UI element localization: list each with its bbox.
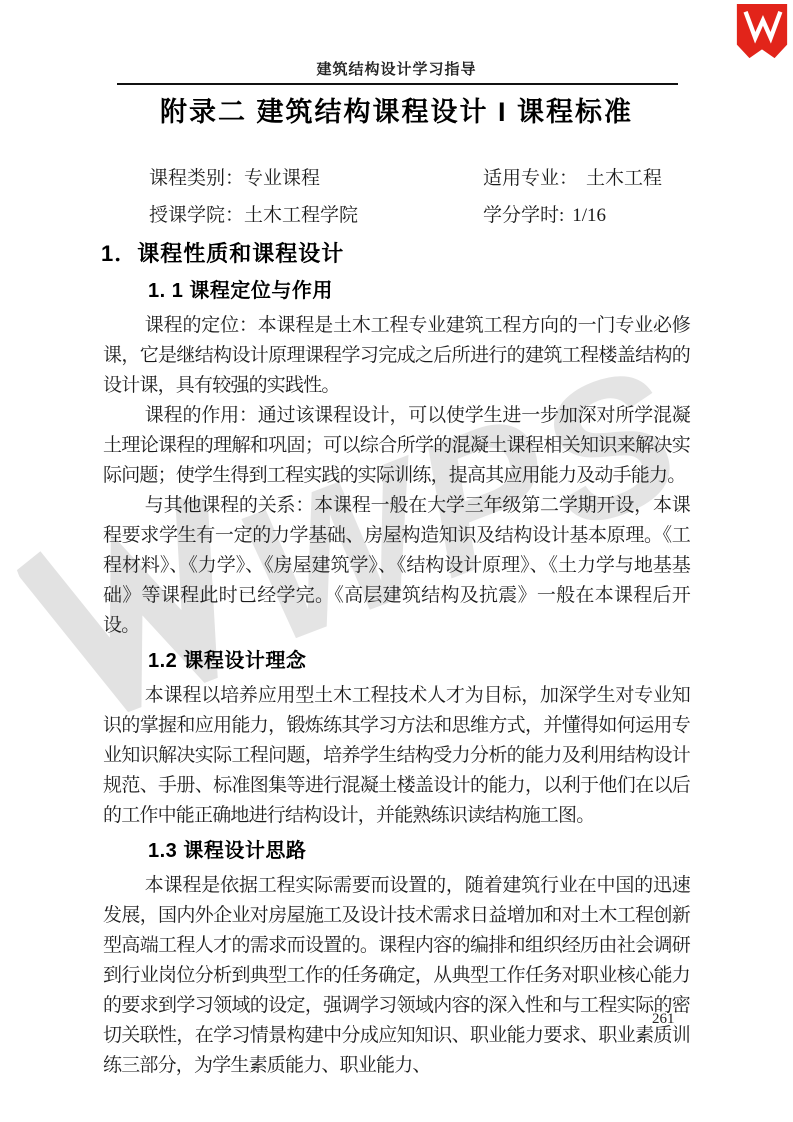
wps-logo-icon [733, 2, 791, 62]
applicable-major-value: 土木工程 [586, 168, 662, 189]
applicable-major-label: 适用专业： [483, 168, 578, 189]
paragraph: 课程的定位：本课程是土木工程专业建筑工程方向的一门专业必修课，它是继结构设计原理… [103, 311, 690, 401]
credit-hours-label: 学分学时: [483, 205, 564, 226]
section-heading-1: 1．课程性质和课程设计 [101, 240, 690, 268]
course-category-value: 专业课程 [244, 168, 320, 189]
content-area: 课程类别：专业课程 适用专业：土木工程 授课学院：土木工程学院 学分学时:1/1… [103, 160, 690, 1081]
credit-hours-value: 1/16 [572, 205, 606, 226]
running-header: 建筑结构设计学习指导 [0, 58, 793, 79]
paragraph: 与其他课程的关系：本课程一般在大学三年级第二学期开设，本课程要求学生有一定的力学… [103, 491, 690, 641]
document-page: WPS 建筑结构设计学习指导 附录二 建筑结构课程设计 I 课程标准 课程类别：… [0, 0, 793, 1122]
meta-row: 授课学院：土木工程学院 学分学时:1/16 [103, 197, 690, 234]
header-divider [117, 83, 678, 85]
teaching-college-value: 土木工程学院 [244, 205, 358, 226]
course-category-field: 课程类别：专业课程 [149, 160, 320, 197]
paragraph: 课程的作用：通过该课程设计，可以使学生进一步加深对所学混凝土理论课程的理解和巩固… [103, 401, 690, 491]
teaching-college-field: 授课学院：土木工程学院 [149, 197, 358, 234]
meta-row: 课程类别：专业课程 适用专业：土木工程 [103, 160, 690, 197]
paragraph: 本课程以培养应用型土木工程技术人才为目标，加深学生对专业知识的掌握和应用能力，锻… [103, 681, 690, 831]
subsection-heading-1-3: 1.3 课程设计思路 [103, 838, 690, 865]
page-number: 261 [652, 1011, 675, 1028]
subsection-heading-1-1: 1. 1 课程定位与作用 [103, 278, 690, 305]
teaching-college-label: 授课学院： [149, 205, 244, 226]
credit-hours-field: 学分学时:1/16 [483, 197, 606, 234]
document-title: 附录二 建筑结构课程设计 I 课程标准 [0, 90, 793, 129]
paragraph: 本课程是依据工程实际需要而设置的，随着建筑行业在中国的迅速发展，国内外企业对房屋… [103, 871, 690, 1081]
applicable-major-field: 适用专业：土木工程 [483, 160, 662, 197]
course-category-label: 课程类别： [149, 168, 244, 189]
subsection-heading-1-2: 1.2 课程设计理念 [103, 648, 690, 675]
